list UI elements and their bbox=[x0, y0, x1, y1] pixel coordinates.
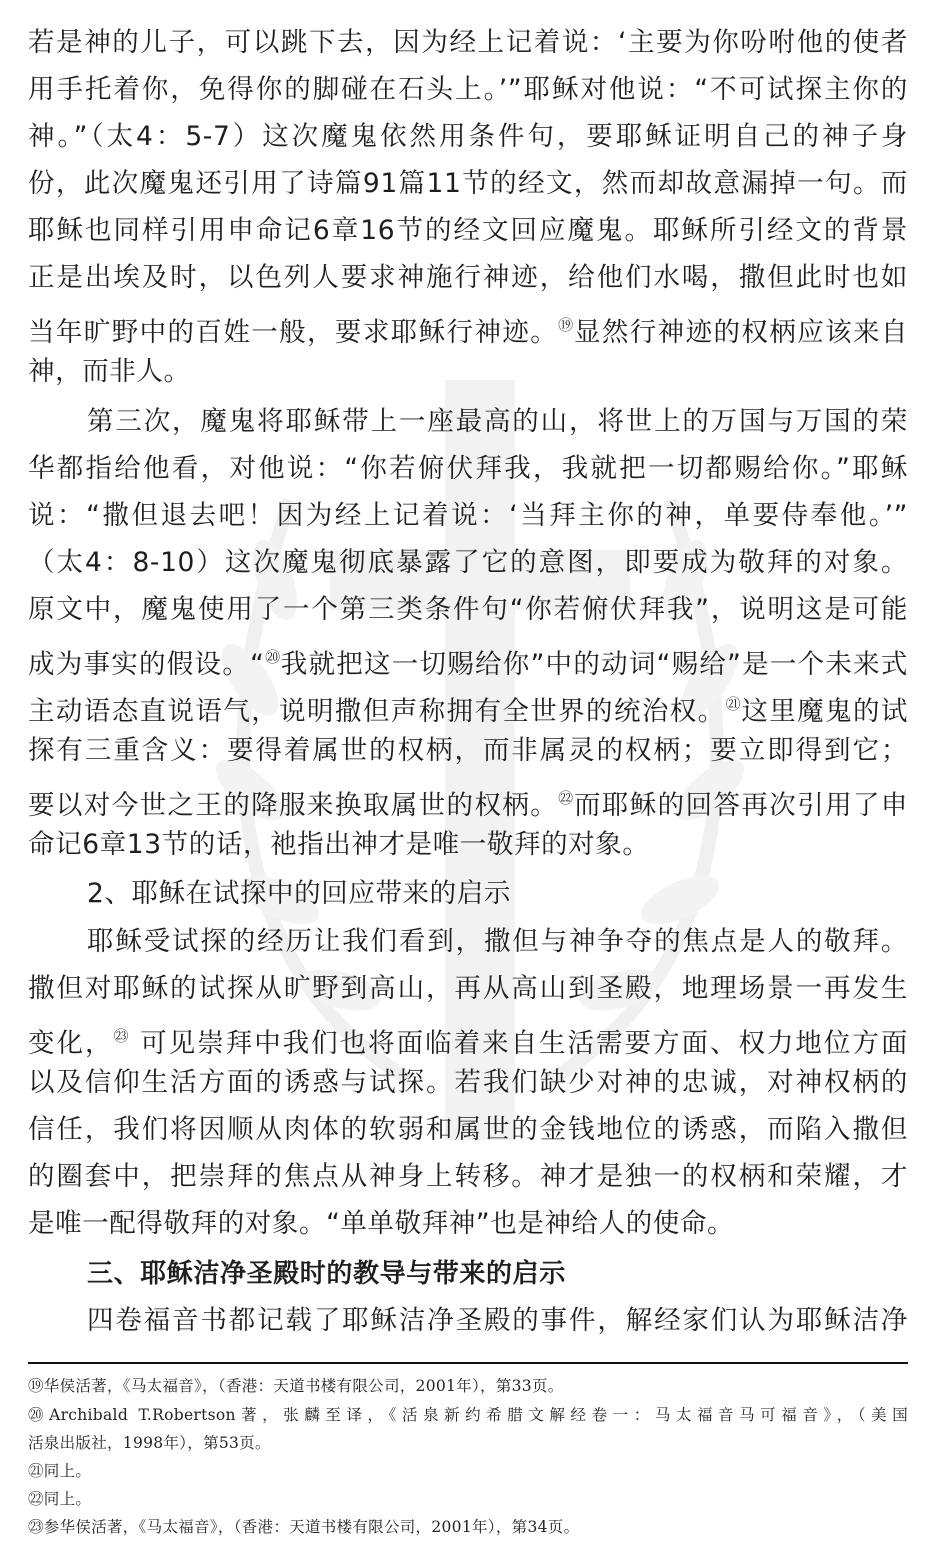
footnote-19: ⑲华侯活著，《马太福音》，（香港：天道书楼有限公司，2001年），第33页。 bbox=[28, 1375, 908, 1397]
footnote-22: ㉒同上。 bbox=[28, 1488, 908, 1510]
footnote-ref-19[interactable]: ⑲ bbox=[558, 316, 574, 334]
body-line: 正是出埃及时，以色列人要求神施行神迹，给他们水喝，撒但此时也如 bbox=[28, 261, 908, 295]
body-line: 是唯一配得敬拜的对象。“单单敬拜神”也是神给人的使命。 bbox=[28, 1207, 908, 1241]
body-line: 命记6章13节的话，祂指出神才是唯一敬拜的对象。 bbox=[28, 828, 908, 862]
body-line: 第三次，魔鬼将耶稣带上一座最高的山，将世上的万国与万国的荣 bbox=[87, 405, 908, 439]
body-line: 变化，㉓ 可见崇拜中我们也将面临着来自生活需要方面、权力地位方面 bbox=[28, 1019, 908, 1061]
body-line: 要以对今世之王的降服来换取属世的权柄。㉒而耶稣的回答再次引用了申 bbox=[28, 781, 908, 823]
body-line: 当年旷野中的百姓一般，要求耶稣行神迹。⑲显然行神迹的权柄应该来自 bbox=[28, 308, 908, 350]
body-text: 变化， bbox=[28, 1028, 113, 1059]
body-line: 撒但对耶稣的试探从旷野到高山，再从高山到圣殿，地理场景一再发生 bbox=[28, 972, 908, 1006]
footnote-23: ㉓参华侯活著，《马太福音》，（香港：天道书楼有限公司，2001年），第34页。 bbox=[28, 1516, 908, 1538]
body-line: 耶稣受试探的经历让我们看到，撒但与神争夺的焦点是人的敬拜。 bbox=[87, 925, 908, 959]
body-line: 原文中，魔鬼使用了一个第三类条件句“你若俯伏拜我”，说明这是可能 bbox=[28, 593, 908, 627]
body-text: 我就把这一切赐给你”中的动词“赐给”是一个未来式 bbox=[281, 649, 908, 680]
body-text: 显然行神迹的权柄应该来自 bbox=[574, 317, 908, 348]
footnote-21: ㉑同上。 bbox=[28, 1460, 908, 1482]
body-text: 当年旷野中的百姓一般，要求耶稣行神迹。 bbox=[28, 317, 558, 348]
footnote-20: ⑳Archibald T.Robertson著，张麟至译，《活泉新约希腊文解经卷… bbox=[28, 1404, 908, 1426]
section-heading: 三、耶稣洁净圣殿时的教导与带来的启示 bbox=[87, 1257, 946, 1291]
body-line: 耶稣也同样引用申命记6章16节的经文回应魔鬼。耶稣所引经文的背景 bbox=[28, 214, 908, 248]
body-text: 可见崇拜中我们也将面临着来自生活需要方面、权力地位方面 bbox=[130, 1028, 908, 1059]
body-line: 成为事实的假设。“⑳我就把这一切赐给你”中的动词“赐给”是一个未来式 bbox=[28, 640, 908, 682]
body-line: 四卷福音书都记载了耶稣洁净圣殿的事件，解经家们认为耶稣洁净 bbox=[87, 1304, 908, 1338]
footnote-ref-22[interactable]: ㉒ bbox=[558, 789, 574, 807]
body-line: 神。”（太4：5-7）这次魔鬼依然用条件句，要耶稣证明自己的神子身 bbox=[28, 120, 908, 154]
footnote-divider bbox=[28, 1362, 908, 1364]
body-text: 成为事实的假设。“ bbox=[28, 649, 264, 680]
body-line: 信任，我们将因顺从肉体的软弱和属世的金钱地位的诱惑，而陷入撒但 bbox=[28, 1113, 908, 1147]
body-text: 要以对今世之王的降服来换取属世的权柄。 bbox=[28, 790, 558, 821]
footnote-ref-23[interactable]: ㉓ bbox=[113, 1027, 129, 1045]
body-line: 说：“撒但退去吧！因为经上记着说：‘当拜主你的神，单要侍奉他。’” bbox=[28, 499, 908, 533]
body-line: 华都指给他看，对他说：“你若俯伏拜我，我就把一切都赐给你。”耶稣 bbox=[28, 452, 908, 486]
body-text: 主动语态直说语气，说明撒但声称拥有全世界的统治权。 bbox=[28, 696, 726, 727]
footnote-ref-21[interactable]: ㉑ bbox=[726, 695, 742, 713]
footnote-20-cont: 活泉出版社，1998年），第53页。 bbox=[28, 1432, 908, 1454]
body-line: 神，而非人。 bbox=[28, 355, 908, 389]
body-text: 而耶稣的回答再次引用了申 bbox=[574, 790, 908, 821]
body-line: （太4：8-10）这次魔鬼彻底暴露了它的意图，即要成为敬拜的对象。 bbox=[28, 546, 908, 580]
body-line: 探有三重含义：要得着属世的权柄，而非属灵的权柄；要立即得到它； bbox=[28, 734, 908, 768]
body-line: 若是神的儿子，可以跳下去，因为经上记着说：‘主要为你吩咐他的使者 bbox=[28, 26, 908, 60]
body-text: 这里魔鬼的试 bbox=[741, 696, 908, 727]
footnote-ref-20[interactable]: ⑳ bbox=[264, 648, 280, 666]
body-line: 份，此次魔鬼还引用了诗篇91篇11节的经文，然而却故意漏掉一句。而 bbox=[28, 167, 908, 201]
body-line: 主动语态直说语气，说明撒但声称拥有全世界的统治权。㉑这里魔鬼的试 bbox=[28, 687, 908, 729]
body-line: 以及信仰生活方面的诱惑与试探。若我们缺少对神的忠诚，对神权柄的 bbox=[28, 1066, 908, 1100]
body-line: 用手托着你，免得你的脚碰在石头上。’”耶稣对他说：“不可试探主你的 bbox=[28, 73, 908, 107]
body-line: 的圈套中，把崇拜的焦点从神身上转移。神才是独一的权柄和荣耀，才 bbox=[28, 1160, 908, 1194]
subheading: 2、耶稣在试探中的回应带来的启示 bbox=[87, 877, 946, 911]
